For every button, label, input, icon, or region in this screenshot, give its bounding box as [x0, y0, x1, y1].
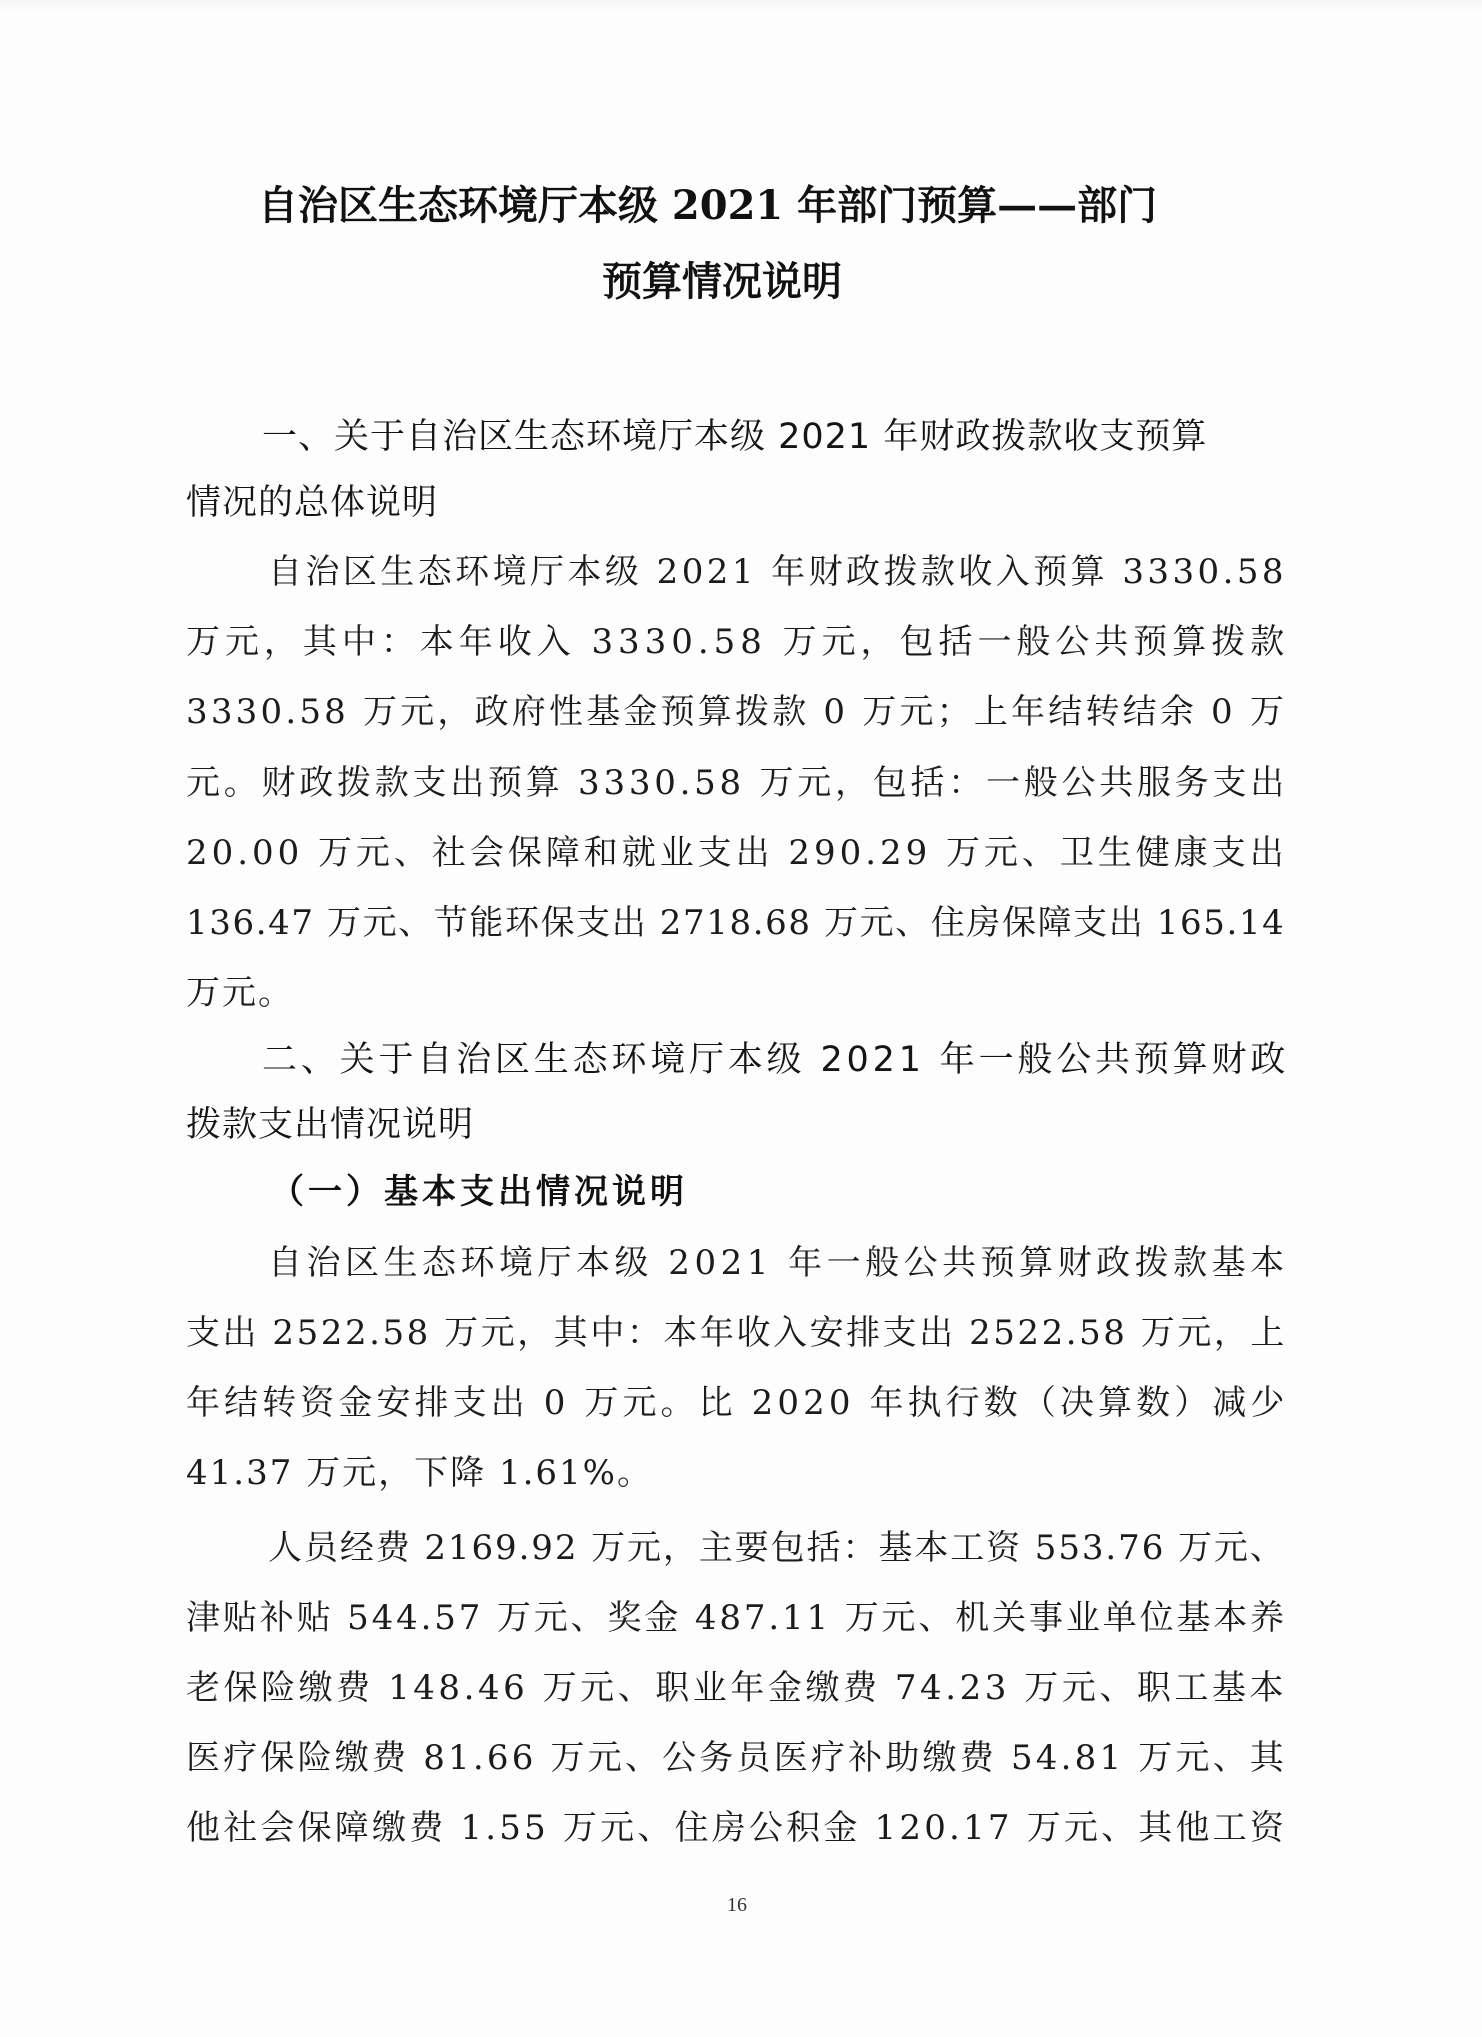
document-title-line-2: 预算情况说明 [602, 262, 842, 302]
section-1-paragraph-line-6: 136.47 万元、节能环保支出 2718.68 万元、住房保障支出 165.1… [186, 906, 1285, 940]
section-2-heading-line-2: 拨款支出情况说明 [186, 1108, 474, 1143]
section-1-heading-line-2: 情况的总体说明 [186, 486, 438, 521]
subsection-1-paragraph-1-line-1: 自治区生态环境厅本级 2021 年一般公共预算财政拨款基本 [268, 1246, 1289, 1280]
section-1-paragraph-line-3: 3330.58 万元，政府性基金预算拨款 0 万元；上年结转结余 0 万 [186, 695, 1287, 729]
document-page: 自治区生态环境厅本级 2021 年部门预算——部门 预算情况说明 一、关于自治区… [0, 0, 1482, 2037]
scan-bleed-through [0, 0, 1482, 14]
subsection-1-paragraph-2-line-1: 人员经费 2169.92 万元，主要包括：基本工资 553.76 万元、 [268, 1531, 1286, 1565]
subsection-1-paragraph-2-line-2: 津贴补贴 544.57 万元、奖金 487.11 万元、机关事业单位基本养 [186, 1601, 1287, 1635]
section-1-paragraph-line-2: 万元，其中：本年收入 3330.58 万元，包括一般公共预算拨款 [186, 625, 1289, 659]
subsection-1-paragraph-1-line-2: 支出 2522.58 万元，其中：本年收入安排支出 2522.58 万元，上 [186, 1316, 1287, 1350]
subsection-1-paragraph-1-line-4: 41.37 万元，下降 1.61%。 [186, 1456, 653, 1490]
page-number: 16 [727, 1895, 747, 1915]
subsection-1-paragraph-2-line-4: 医疗保险缴费 81.66 万元、公务员医疗补助缴费 54.81 万元、其 [186, 1741, 1287, 1775]
subsection-1-heading: （一）基本支出情况说明 [270, 1175, 688, 1209]
section-1-paragraph-line-5: 20.00 万元、社会保障和就业支出 290.29 万元、卫生健康支出 [186, 836, 1288, 870]
section-1-heading-line-1: 一、关于自治区生态环境厅本级 2021 年财政拨款收支预算 [262, 420, 1286, 455]
section-2-heading-line-1: 二、关于自治区生态环境厅本级 2021 年一般公共预算财政 [262, 1043, 1289, 1078]
subsection-1-paragraph-1-line-3: 年结转资金安排支出 0 万元。比 2020 年执行数（决算数）减少 [186, 1386, 1288, 1420]
subsection-1-paragraph-2-line-5: 他社会保障缴费 1.55 万元、住房公积金 120.17 万元、其他工资 [186, 1811, 1287, 1845]
section-1-paragraph-line-1: 自治区生态环境厅本级 2021 年财政拨款收入预算 3330.58 [268, 555, 1287, 589]
section-1-paragraph-line-4: 元。财政拨款支出预算 3330.58 万元，包括：一般公共服务支出 [186, 766, 1288, 800]
document-title-line-1: 自治区生态环境厅本级 2021 年部门预算——部门 [258, 186, 1157, 226]
subsection-1-paragraph-2-line-3: 老保险缴费 148.46 万元、职业年金缴费 74.23 万元、职工基本 [186, 1671, 1287, 1705]
section-1-paragraph-line-7: 万元。 [186, 976, 294, 1010]
